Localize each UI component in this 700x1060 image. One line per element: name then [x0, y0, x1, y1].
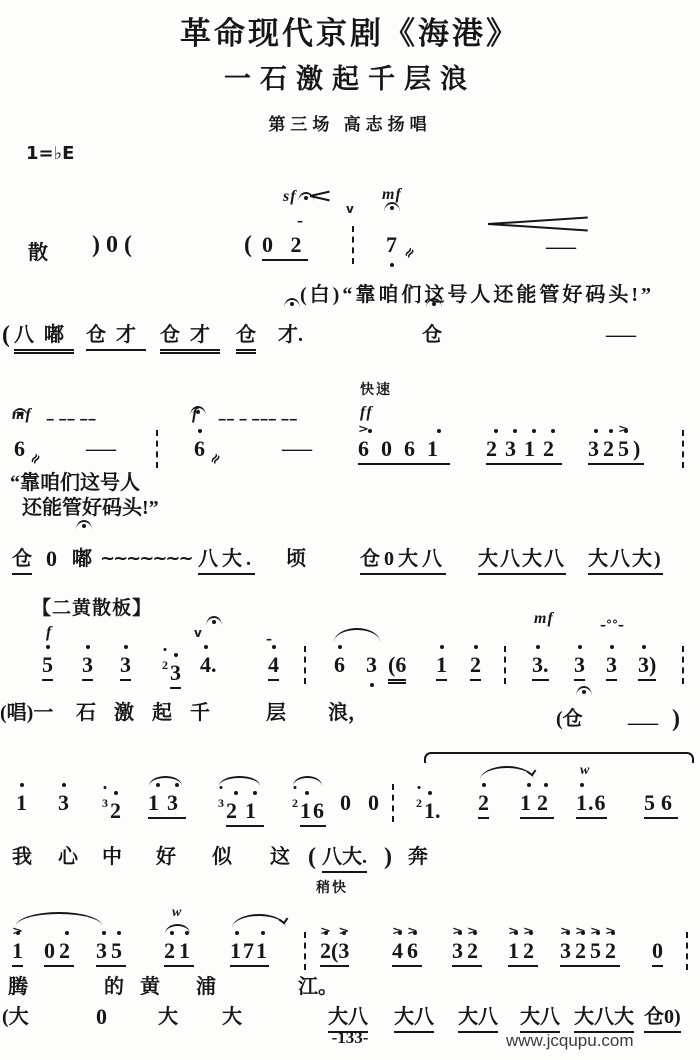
note-token: 21 [164, 938, 194, 967]
lyric-token: 腾 [8, 974, 28, 1000]
octave-dot-high [428, 791, 432, 795]
note-token: (6 [388, 652, 406, 681]
octave-dot-low [370, 683, 374, 687]
trill-mark: –°°– [600, 612, 624, 638]
lyric-token: 层 [266, 700, 286, 726]
mordent-mark: w [580, 758, 588, 784]
note-token: 4 [268, 652, 279, 681]
octave-dot-high [437, 429, 441, 433]
octave-dot-high [234, 791, 238, 795]
octave-dot-high [175, 783, 179, 787]
accent-mark: > [618, 419, 633, 441]
spoken-text: (白)“靠咱们这号人还能管好码头!” [300, 282, 654, 308]
octave-dot-high [20, 783, 24, 787]
accent-mark: > [358, 419, 381, 441]
grace-note: 2 [292, 790, 298, 816]
grace-note: 3 [102, 790, 108, 816]
octave-dot-high [156, 783, 160, 787]
percussion-token: 仓才 [160, 322, 220, 351]
accent-mark: > [452, 921, 467, 943]
octave-dot-high [170, 931, 174, 935]
slur-arc [480, 766, 534, 780]
tremolo-mark: ≈ [202, 447, 230, 472]
note-token: >3>2 [452, 938, 482, 967]
percussion-token: 0 [96, 1004, 107, 1030]
lyric-token: 我 [12, 844, 32, 870]
percussion-token: ( [308, 844, 316, 870]
note-token: ( [244, 232, 252, 258]
octave-dot-high [536, 645, 540, 649]
note-token: 0 [340, 790, 351, 816]
barline [304, 932, 306, 970]
fermata [576, 686, 592, 696]
note-token: 4. [200, 652, 217, 678]
octave-dot [164, 648, 167, 651]
note-token: 216 [292, 790, 326, 827]
grace-note: 2 [416, 790, 422, 816]
grace-note: 3 [218, 790, 224, 816]
lyric-token: 的 [104, 974, 124, 1000]
slur-arc [16, 912, 102, 926]
percussion-token: 才. [278, 322, 303, 348]
note-token: >2(>3 [320, 938, 349, 967]
dynamic-label: mf [534, 606, 554, 632]
percussion-token: ( [2, 322, 10, 348]
barline [352, 226, 354, 264]
note-token: 1.6 [576, 790, 607, 819]
note-token: 13 [148, 790, 186, 819]
accent-mark: > [338, 921, 349, 943]
percussion-token: 0 [46, 546, 57, 572]
barline [682, 430, 684, 468]
octave-dot-high [272, 645, 276, 649]
accent-mark: > [523, 921, 538, 943]
octave-dot-high [253, 791, 257, 795]
percussion-token: 大八大八 [478, 546, 566, 575]
note-token: 5 [42, 652, 53, 681]
octave-dot [294, 786, 297, 789]
octave-dot-high [117, 931, 121, 935]
tremolo-line: ‒‒ ‒ ‒‒‒ ‒‒ [218, 406, 297, 432]
percussion-token: 仓 [12, 546, 32, 575]
dynamic-label: f [46, 620, 52, 646]
note-token: 3 [574, 652, 585, 681]
octave-dot-high [580, 783, 584, 787]
note-token: 56 [644, 790, 678, 819]
lyric-token: 黄 [140, 974, 160, 1000]
lyric-token: 江。 [298, 974, 338, 1000]
tremolo-line: ‒ ‒‒ ‒‒ [46, 406, 96, 432]
score: 散) 0 ((0 2sf–vmf7≈—(白)“靠咱们这号人还能管好码头!”(八嘟… [0, 0, 700, 1060]
lyric-token: 这 [270, 844, 290, 870]
octave-dot-high [86, 645, 90, 649]
octave-dot-high [482, 783, 486, 787]
octave-dot-high [114, 791, 118, 795]
barline [392, 784, 394, 822]
lyric-token: 千 [190, 700, 210, 726]
tempo-marking: 散 [28, 240, 48, 266]
note-token: 3 [120, 652, 131, 681]
accent-mark: > [590, 921, 605, 943]
note-token: 3 [58, 790, 69, 816]
octave-dot-high [338, 645, 342, 649]
accent-mark: > [320, 921, 331, 943]
note-token: 32>5) [588, 436, 644, 465]
accent-mark: > [467, 921, 482, 943]
tempo-label: 稍快 [316, 876, 348, 902]
lyric-token: 浪， [328, 700, 368, 726]
tremolo-mark: ≈ [22, 447, 50, 472]
slur-arc [219, 776, 260, 786]
note-token: >1>2 [508, 938, 538, 967]
lyric-token: (唱)一 [0, 700, 53, 726]
note-token: 7 [386, 232, 397, 258]
breath-mark: v [346, 196, 354, 222]
note-token: >3>2>5>2 [560, 938, 620, 967]
percussion-token: 仓 [422, 322, 442, 348]
note-token: 3 [606, 652, 617, 681]
note-token: 0 [368, 790, 379, 816]
crescendo-hairpin [488, 216, 588, 230]
octave-dot-high [474, 645, 478, 649]
octave-dot-high [235, 931, 239, 935]
note-token: ) 0 ( [92, 232, 132, 258]
octave-dot-high [46, 645, 50, 649]
octave-dot-high [610, 645, 614, 649]
lyric-token: 奔 [408, 844, 428, 870]
slur-arc [334, 628, 380, 642]
octave-dot-high [198, 429, 202, 433]
note-token: 6 [334, 652, 345, 678]
note-token: 23 [162, 652, 181, 689]
percussion-token: 大 [222, 1004, 242, 1030]
hold-dash: — [628, 710, 658, 736]
hold-dash: — [546, 234, 576, 260]
fermata [190, 406, 206, 416]
barline [686, 932, 688, 970]
percussion-token: 仓 [236, 322, 256, 351]
dynamic-label: sf [283, 184, 297, 210]
slur-arc [424, 752, 694, 763]
lyric-token: 心 [58, 844, 78, 870]
spoken-text: 还能管好码头!” [22, 495, 159, 521]
note-token: 21. [416, 790, 441, 824]
percussion-token: 八大. [198, 546, 255, 575]
fermata [284, 298, 300, 308]
note-token: 2 [478, 790, 489, 819]
octave-dot-high [594, 429, 598, 433]
lyric-token: 浦 [196, 974, 216, 1000]
accent-mark: > [392, 921, 407, 943]
octave-dot-high [494, 429, 498, 433]
barline [504, 646, 506, 684]
octave-dot-high [102, 931, 106, 935]
tremolo-mark: ≈ [396, 241, 424, 266]
note-token: 0 2 [262, 232, 308, 261]
accent-mark: > [407, 921, 422, 943]
percussion-token: 顷 [286, 546, 306, 572]
mordent-mark: w [172, 900, 180, 926]
slur-arc [293, 776, 322, 786]
percussion-token: ) [672, 706, 680, 732]
section-label: 【二黄散板】 [32, 596, 152, 622]
percussion-token: (大 [2, 1004, 29, 1030]
octave-dot-high [185, 931, 189, 935]
note-token: 171 [230, 938, 269, 967]
barline [156, 430, 158, 468]
accent-mark: > [12, 921, 23, 943]
lyric-token: 石 [76, 700, 96, 726]
note-token: >1 [12, 938, 23, 967]
percussion-token: 仓才 [86, 322, 146, 351]
octave-dot-high [62, 783, 66, 787]
octave-dot-high [544, 783, 548, 787]
octave-dot-high [527, 783, 531, 787]
percussion-token: 八大. [322, 844, 367, 873]
note-token: 3 [366, 652, 377, 678]
accent-mark: > [575, 921, 590, 943]
note-token: 6 [194, 436, 205, 462]
note-token: 2 [470, 652, 481, 681]
lyric-token: 起 [152, 700, 172, 726]
slur-arc [232, 914, 286, 928]
percussion-token: 仓0大八 [360, 546, 446, 575]
wave-line: ~~~~~~~ [100, 546, 192, 572]
note-token: 1 [16, 790, 27, 816]
octave-dot-high [513, 429, 517, 433]
accent-mark: > [508, 921, 523, 943]
octave-dot-high [204, 645, 208, 649]
note-token: 35 [96, 938, 126, 967]
note-token: 3 [82, 652, 93, 681]
octave-dot-high [642, 645, 646, 649]
octave-dot [418, 786, 421, 789]
note-token: >6061 [358, 436, 450, 465]
barline [304, 646, 306, 684]
spoken-text: “靠咱们这号人 [10, 470, 140, 496]
note-token: 2312 [486, 436, 562, 465]
fermata [76, 520, 92, 530]
octave-dot-high [532, 429, 536, 433]
hold-dash: — [606, 322, 636, 348]
lyric-token: 激 [114, 700, 134, 726]
barline [682, 646, 684, 684]
lyric-token: 中 [102, 844, 122, 870]
percussion-token: 八嘟 [14, 322, 74, 351]
note-token: 1 [436, 652, 447, 681]
accent-mark: > [560, 921, 575, 943]
hold-dash: – [297, 208, 303, 234]
hold-dash: — [282, 436, 312, 462]
lyric-token: 好 [156, 844, 176, 870]
percussion-token: 大 [158, 1004, 178, 1030]
note-token: 3) [638, 652, 656, 681]
lyric-token: 似 [212, 844, 232, 870]
grace-note: 2 [162, 652, 168, 678]
percussion-token: (仓 [556, 706, 583, 732]
octave-dot [220, 786, 223, 789]
hold-dash: — [86, 436, 116, 462]
note-token: 32 [102, 790, 121, 824]
octave-dot-high [551, 429, 555, 433]
octave-dot-high [124, 645, 128, 649]
octave-dot [104, 786, 107, 789]
note-token: 12 [520, 790, 554, 819]
percussion-token: 大八大) [588, 546, 663, 575]
watermark: www.jcqupu.com [506, 1031, 634, 1051]
octave-dot-high [65, 931, 69, 935]
note-token: 6 [14, 436, 25, 462]
note-token: 321 [218, 790, 264, 827]
note-token: >4>6 [392, 938, 422, 967]
note-token: 0 [652, 938, 663, 967]
octave-dot-high [305, 791, 309, 795]
octave-dot-low [390, 263, 394, 267]
note-token: 3. [532, 652, 549, 681]
octave-dot-high [609, 429, 613, 433]
octave-dot-high [578, 645, 582, 649]
percussion-token: ) [384, 844, 392, 870]
accent-mark: > [605, 921, 620, 943]
fermata [206, 616, 222, 626]
octave-dot-high [440, 645, 444, 649]
percussion-token: 嘟 [72, 546, 92, 572]
breath-mark: v [194, 620, 202, 646]
octave-dot-high [261, 931, 265, 935]
note-token: 02 [44, 938, 74, 967]
octave-dot-high [174, 653, 178, 657]
